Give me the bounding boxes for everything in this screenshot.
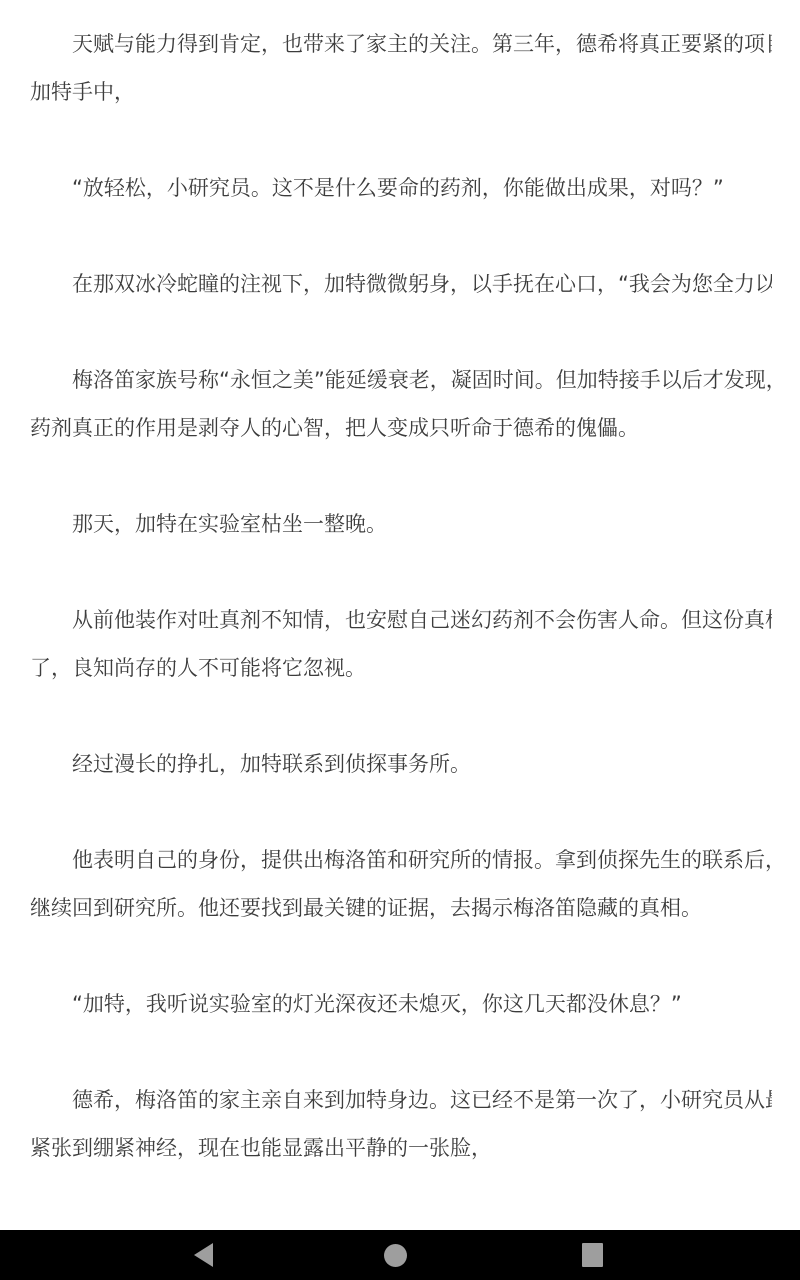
- paragraph: 梅洛笛家族号称“永恒之美”能延缓衰老，凝固时间。但加特接手以后才发现，那支 药剂…: [30, 356, 772, 452]
- text-line: 了，良知尚存的人不可能将它忽视。: [30, 644, 772, 692]
- text-line: 药剂真正的作用是剥夺人的心智，把人变成只听命于德希的傀儡。: [30, 404, 772, 452]
- text-line: 继续回到研究所。他还要找到最关键的证据，去揭示梅洛笛隐藏的真相。: [30, 884, 772, 932]
- home-button[interactable]: [363, 1230, 427, 1280]
- text-line: 梅洛笛家族号称“永恒之美”能延缓衰老，凝固时间。但加特接手以后才发现，那支: [30, 356, 772, 404]
- text-line: 经过漫长的挣扎，加特联系到侦探事务所。: [30, 740, 772, 788]
- text-line: 德希，梅洛笛的家主亲自来到加特身边。这已经不是第一次了，小研究员从最初的: [30, 1076, 772, 1124]
- paragraph: “放轻松，小研究员。这不是什么要命的药剂，你能做出成果，对吗？”: [30, 164, 772, 212]
- home-icon: [384, 1244, 407, 1267]
- text-line: 从前他装作对吐真剂不知情，也安慰自己迷幻药剂不会伤害人命。但这份真相太重: [30, 596, 772, 644]
- recents-button[interactable]: [560, 1230, 624, 1280]
- back-button[interactable]: [171, 1230, 235, 1280]
- paragraph: 天赋与能力得到肯定，也带来了家主的关注。第三年，德希将真正要紧的项目交到 加特手…: [30, 20, 772, 116]
- paragraph: “加特，我听说实验室的灯光深夜还未熄灭，你这几天都没休息？”: [30, 980, 772, 1028]
- recents-icon: [582, 1243, 603, 1267]
- reader-screen: 天赋与能力得到肯定，也带来了家主的关注。第三年，德希将真正要紧的项目交到 加特手…: [0, 0, 800, 1280]
- android-navigation-bar: [0, 1230, 800, 1280]
- text-line: “放轻松，小研究员。这不是什么要命的药剂，你能做出成果，对吗？”: [30, 164, 772, 212]
- paragraph: 他表明自己的身份，提供出梅洛笛和研究所的情报。拿到侦探先生的联系后，加特 继续回…: [30, 836, 772, 932]
- text-line: 加特手中，: [30, 68, 772, 116]
- text-line: 他表明自己的身份，提供出梅洛笛和研究所的情报。拿到侦探先生的联系后，加特: [30, 836, 772, 884]
- text-line: “加特，我听说实验室的灯光深夜还未熄灭，你这几天都没休息？”: [30, 980, 772, 1028]
- paragraph: 那天，加特在实验室枯坐一整晚。: [30, 500, 772, 548]
- paragraph: 从前他装作对吐真剂不知情，也安慰自己迷幻药剂不会伤害人命。但这份真相太重 了，良…: [30, 596, 772, 692]
- back-icon: [194, 1243, 213, 1267]
- paragraph: 经过漫长的挣扎，加特联系到侦探事务所。: [30, 740, 772, 788]
- reading-page[interactable]: 天赋与能力得到肯定，也带来了家主的关注。第三年，德希将真正要紧的项目交到 加特手…: [0, 0, 800, 1230]
- text-line: 那天，加特在实验室枯坐一整晚。: [30, 500, 772, 548]
- paragraph: 德希，梅洛笛的家主亲自来到加特身边。这已经不是第一次了，小研究员从最初的 紧张到…: [30, 1076, 772, 1172]
- paragraph: 在那双冰冷蛇瞳的注视下，加特微微躬身，以手抚在心口，“我会为您全力以赴。”: [30, 260, 772, 308]
- text-line: 紧张到绷紧神经，现在也能显露出平静的一张脸，: [30, 1124, 772, 1172]
- text-line: 天赋与能力得到肯定，也带来了家主的关注。第三年，德希将真正要紧的项目交到: [30, 20, 772, 68]
- text-line: 在那双冰冷蛇瞳的注视下，加特微微躬身，以手抚在心口，“我会为您全力以赴。”: [30, 260, 772, 308]
